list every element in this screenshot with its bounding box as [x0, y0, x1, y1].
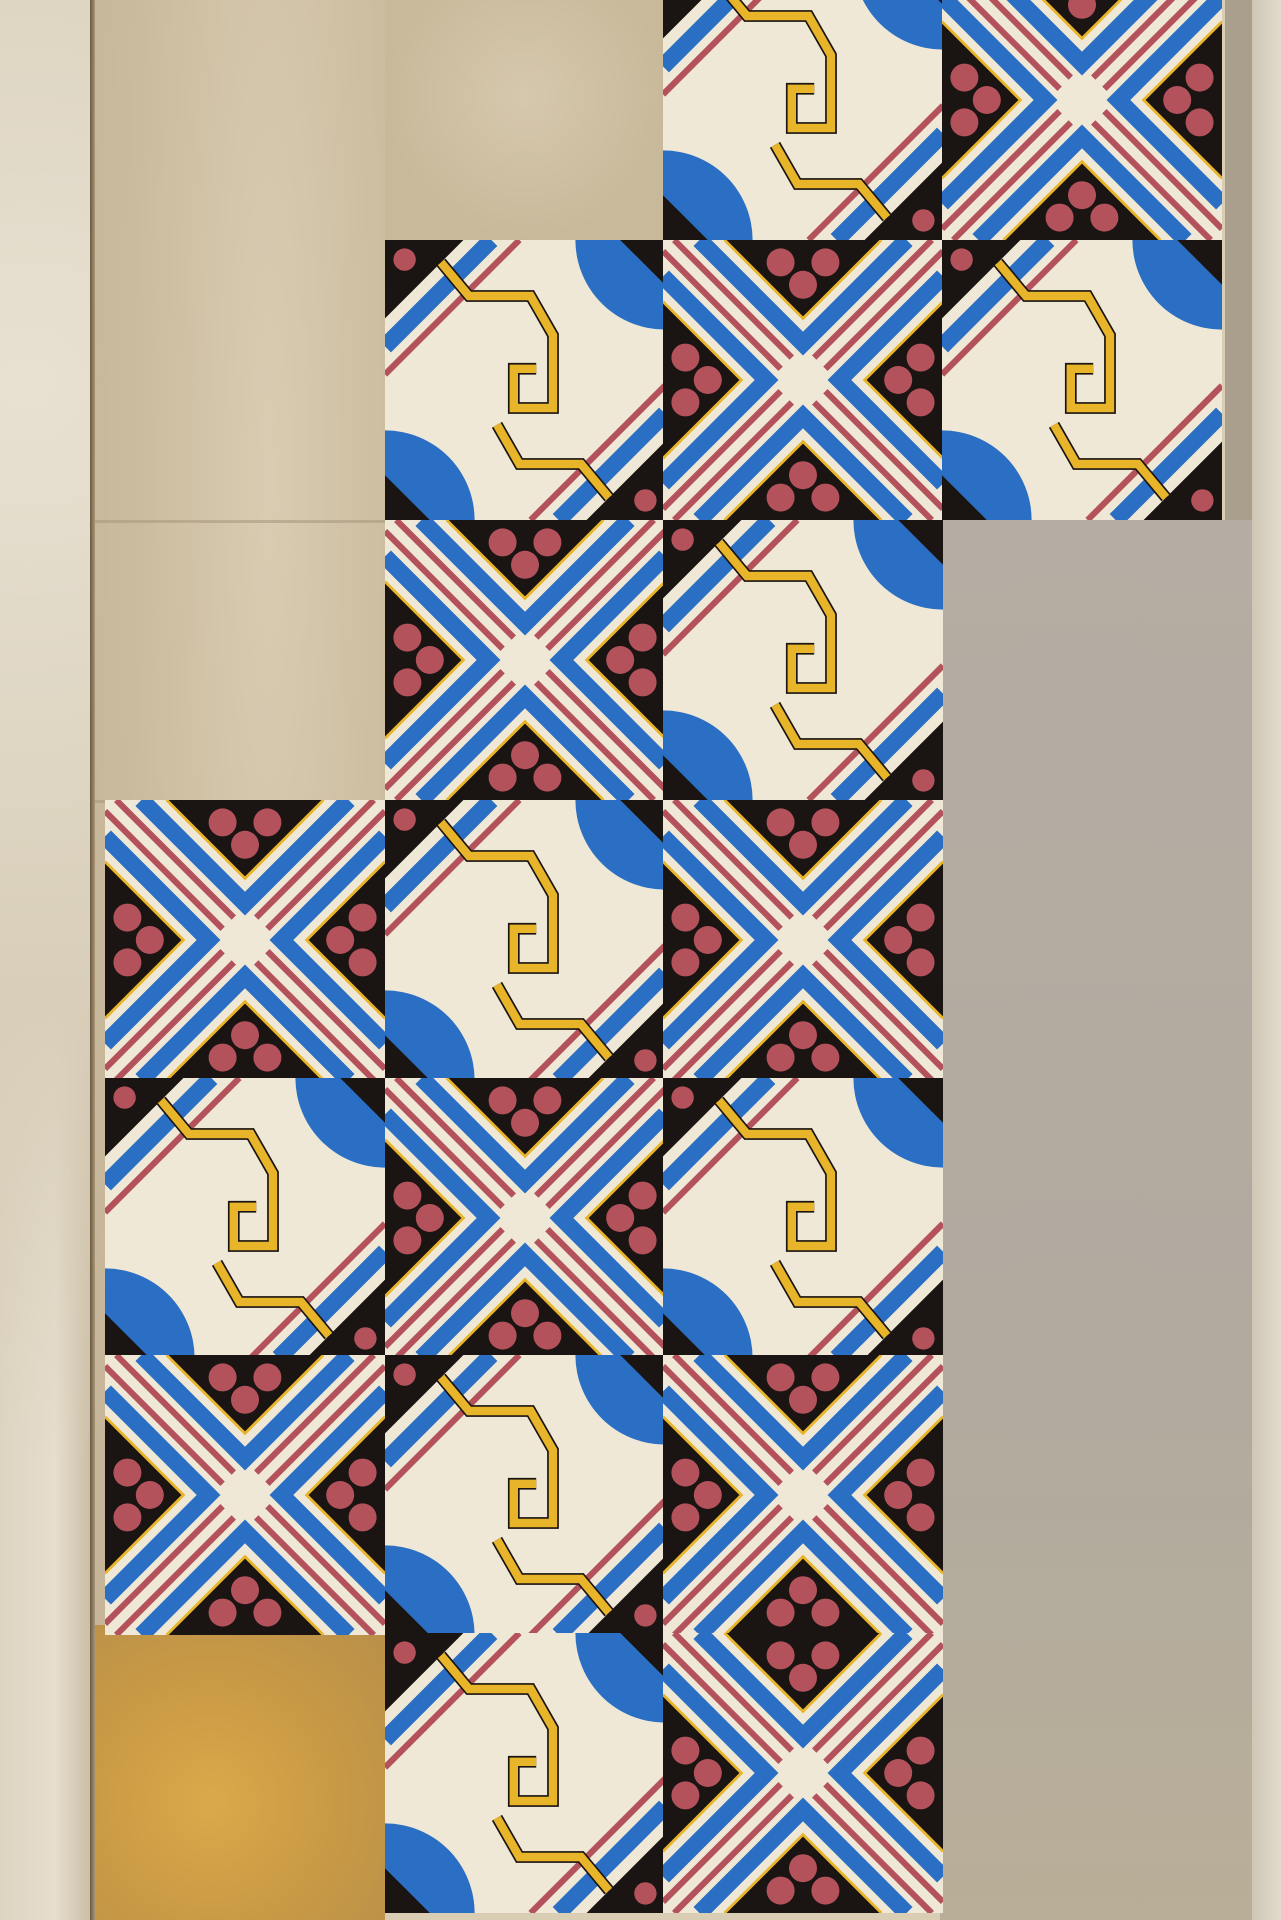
right-limestone-jamb: [1252, 0, 1281, 1920]
sandstone-wall-top: [385, 0, 665, 240]
grey-mortar-strip: [1225, 0, 1252, 520]
azulejo-tile: [663, 240, 943, 520]
azulejo-tile: [942, 0, 1222, 240]
azulejo-tile: [663, 1355, 943, 1635]
azulejo-tile: [663, 1078, 943, 1358]
azulejo-tile: [385, 800, 665, 1080]
azulejo-tile: [663, 1633, 943, 1913]
azulejo-tile: [385, 240, 665, 520]
azulejo-tile: [385, 1355, 665, 1635]
azulejo-tile: [385, 1078, 665, 1358]
azulejo-tile: [105, 1355, 385, 1635]
azulejo-tile: [105, 1078, 385, 1358]
azulejo-tile: [663, 520, 943, 800]
azulejo-tile: [663, 800, 943, 1080]
stone-seam: [95, 520, 385, 523]
grey-render-panel: [940, 520, 1252, 1920]
left-limestone-jamb: [0, 0, 92, 1920]
azulejo-tile: [663, 0, 943, 240]
azulejo-tile: [105, 800, 385, 1080]
ochre-stone-patch: [95, 1625, 385, 1920]
azulejo-tile: [385, 520, 665, 800]
azulejo-tile: [942, 240, 1222, 520]
azulejo-tile: [385, 1633, 665, 1913]
